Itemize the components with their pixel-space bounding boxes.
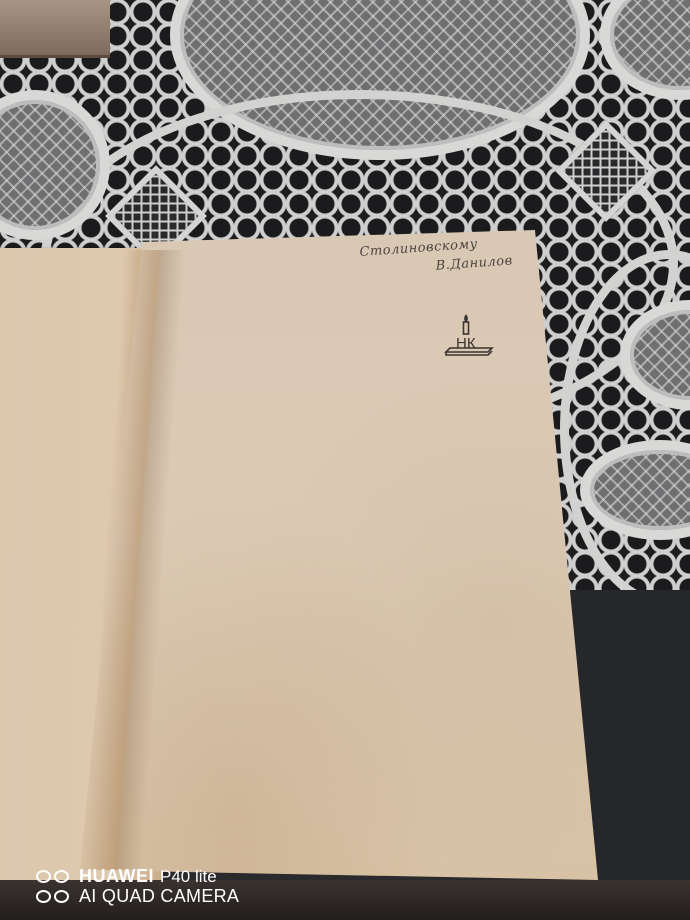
watermark-brand: HUAWEI [79, 867, 154, 886]
quad-camera-icon [36, 870, 69, 883]
quad-camera-icon-lower [36, 890, 69, 903]
lace-flower-right [600, 0, 690, 100]
wooden-box-corner [0, 0, 110, 58]
emblem-letters: НК [456, 335, 476, 352]
candle-on-book-icon: НК [440, 308, 495, 363]
camera-watermark: HUAWEI P40 lite AI QUAD CAMERA [36, 866, 239, 906]
watermark-model: P40 lite [160, 867, 217, 886]
photo-scene: Столиновскому В.Данилов НК HUAWEI P40 li… [0, 0, 690, 920]
watermark-camera-label: AI QUAD CAMERA [79, 887, 239, 906]
